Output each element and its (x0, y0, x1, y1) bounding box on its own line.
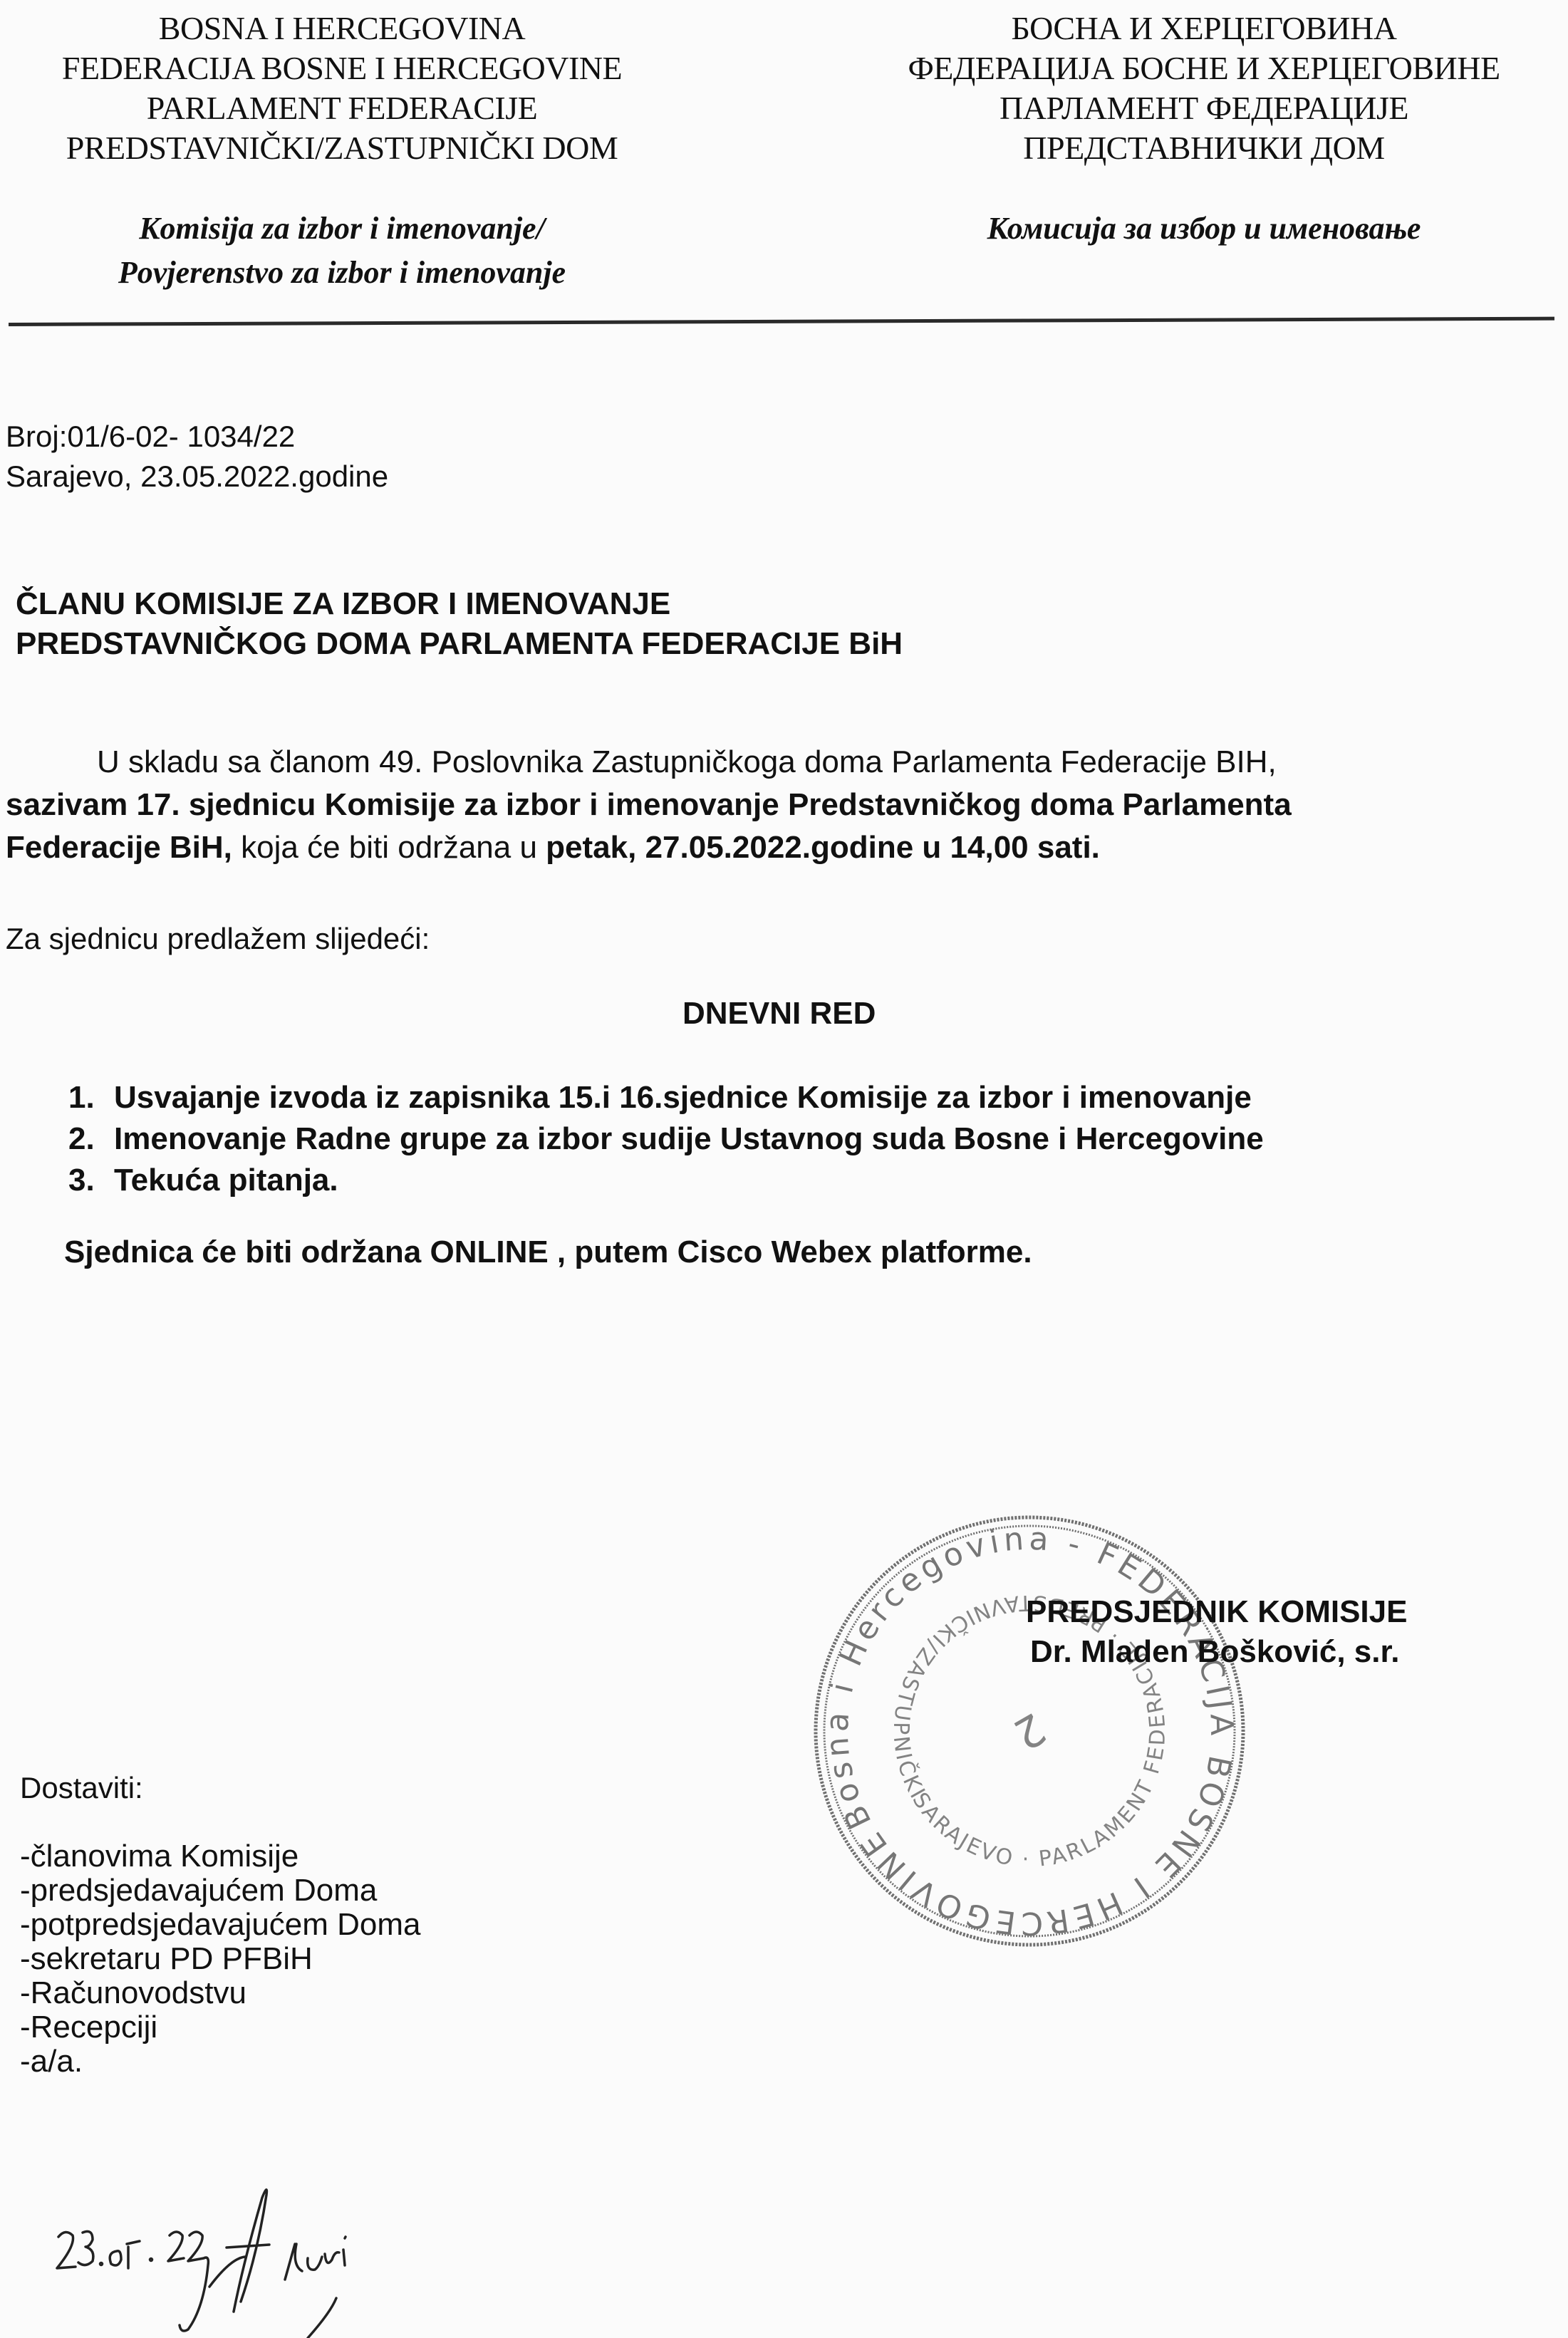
distribution-item: -sekretaru PD PFBiH (20, 1942, 421, 1976)
distribution-title: Dostaviti: (20, 1768, 143, 1808)
document-number: Broj:01/6-02- 1034/22 (6, 417, 388, 457)
agenda-item-number: 2. (68, 1118, 114, 1160)
online-note: Sjednica će biti održana ONLINE , putem … (64, 1235, 1032, 1270)
document-meta: Broj:01/6-02- 1034/22 Sarajevo, 23.05.20… (6, 417, 388, 497)
committee-line: Komisija za izbor i imenovanje/ (14, 207, 670, 251)
agenda-item-text: Imenovanje Radne grupe za izbor sudije U… (114, 1121, 1264, 1156)
agenda-item-text: Usvajanje izvoda iz zapisnika 15.i 16.sj… (114, 1080, 1252, 1115)
signatory-name: Dr. Mladen Bošković, s.r. (1030, 1634, 1399, 1670)
paragraph-regular: koja će biti održana u (232, 830, 546, 865)
committee-line: Povjerenstvo za izbor i imenovanje (14, 251, 670, 295)
agenda-list: 1.Usvajanje izvoda iz zapisnika 15.i 16.… (68, 1077, 1264, 1201)
addressee-line: ČLANU KOMISIJE ZA IZBOR I IMENOVANJE (16, 584, 903, 624)
letterhead-line: FEDERACIJA BOSNE I HERCEGOVINE (14, 48, 670, 88)
agenda-item-number: 3. (68, 1160, 114, 1201)
agenda-item-number: 1. (68, 1077, 114, 1118)
agenda-item: 1.Usvajanje izvoda iz zapisnika 15.i 16.… (68, 1077, 1264, 1118)
signatory-title: PREDSJEDNIK KOMISIJE (1026, 1591, 1407, 1633)
meeting-datetime: petak, 27.05.2022.godine u 14,00 sati. (546, 830, 1100, 865)
agenda-item-text: Tekuća pitanja. (114, 1163, 338, 1197)
handwritten-annotation-icon (43, 2158, 613, 2338)
svg-text:2: 2 (1005, 1703, 1054, 1760)
distribution-item: -potpredsjedavajućem Doma (20, 1908, 421, 1942)
letterhead-line: ПАРЛАМЕНТ ФЕДЕРАЦИЈЕ (855, 88, 1553, 128)
proposal-intro: Za sjednicu predlažem slijedeći: (6, 919, 430, 959)
document-place-date: Sarajevo, 23.05.2022.godine (6, 457, 388, 497)
paragraph-bold-federation: Federacije BiH, (6, 830, 232, 865)
letterhead-line: PARLAMENT FEDERACIJE (14, 88, 670, 128)
letterhead-latin: BOSNA I HERCEGOVINA FEDERACIJA BOSNE I H… (14, 9, 670, 168)
agenda-item: 3.Tekuća pitanja. (68, 1160, 1264, 1201)
agenda-title: DNEVNI RED (682, 996, 876, 1032)
distribution-item: -predsjedavajućem Doma (20, 1874, 421, 1908)
letterhead-line: БОСНА И ХЕРЦЕГОВИНА (855, 9, 1553, 48)
letterhead-line: ФЕДЕРАЦИЈА БОСНЕ И ХЕРЦЕГОВИНЕ (855, 48, 1553, 88)
committee-name-latin: Komisija za izbor i imenovanje/ Povjeren… (14, 207, 670, 295)
letterhead-line: PREDSTAVNIČKI/ZASTUPNIČKI DOM (14, 128, 670, 168)
letterhead-cyrillic: БОСНА И ХЕРЦЕГОВИНА ФЕДЕРАЦИЈА БОСНЕ И Х… (855, 9, 1553, 168)
committee-name-cyrillic: Комисија за избор и именовање (855, 207, 1553, 251)
addressee-line: PREDSTAVNIČKOG DOMA PARLAMENTA FEDERACIJ… (16, 624, 903, 664)
letterhead-line: ПРЕДСТАВНИЧКИ ДОМ (855, 128, 1553, 168)
agenda-item: 2.Imenovanje Radne grupe za izbor sudije… (68, 1118, 1264, 1160)
paragraph-line-2: sazivam 17. sjednicu Komisije za izbor i… (6, 784, 1566, 826)
distribution-item: -Recepciji (20, 2010, 421, 2045)
header-divider (9, 317, 1554, 326)
addressee: ČLANU KOMISIJE ZA IZBOR I IMENOVANJE PRE… (16, 584, 903, 664)
letterhead-line: BOSNA I HERCEGOVINA (14, 9, 670, 48)
distribution-item: -članovima Komisije (20, 1839, 421, 1874)
distribution-item: -a/a. (20, 2045, 421, 2079)
distribution-item: -Računovodstvu (20, 1976, 421, 2010)
official-stamp-icon: Bosna i Hercegovina - FEDERACIJA BOSNE I… (805, 1507, 1254, 1955)
paragraph-line-3: Federacije BiH, koja će biti održana u p… (6, 826, 1566, 869)
distribution-list: -članovima Komisije -predsjedavajućem Do… (20, 1839, 421, 2079)
paragraph-line-1: U skladu sa članom 49. Poslovnika Zastup… (6, 741, 1566, 784)
convocation-paragraph: U skladu sa članom 49. Poslovnika Zastup… (6, 741, 1566, 869)
